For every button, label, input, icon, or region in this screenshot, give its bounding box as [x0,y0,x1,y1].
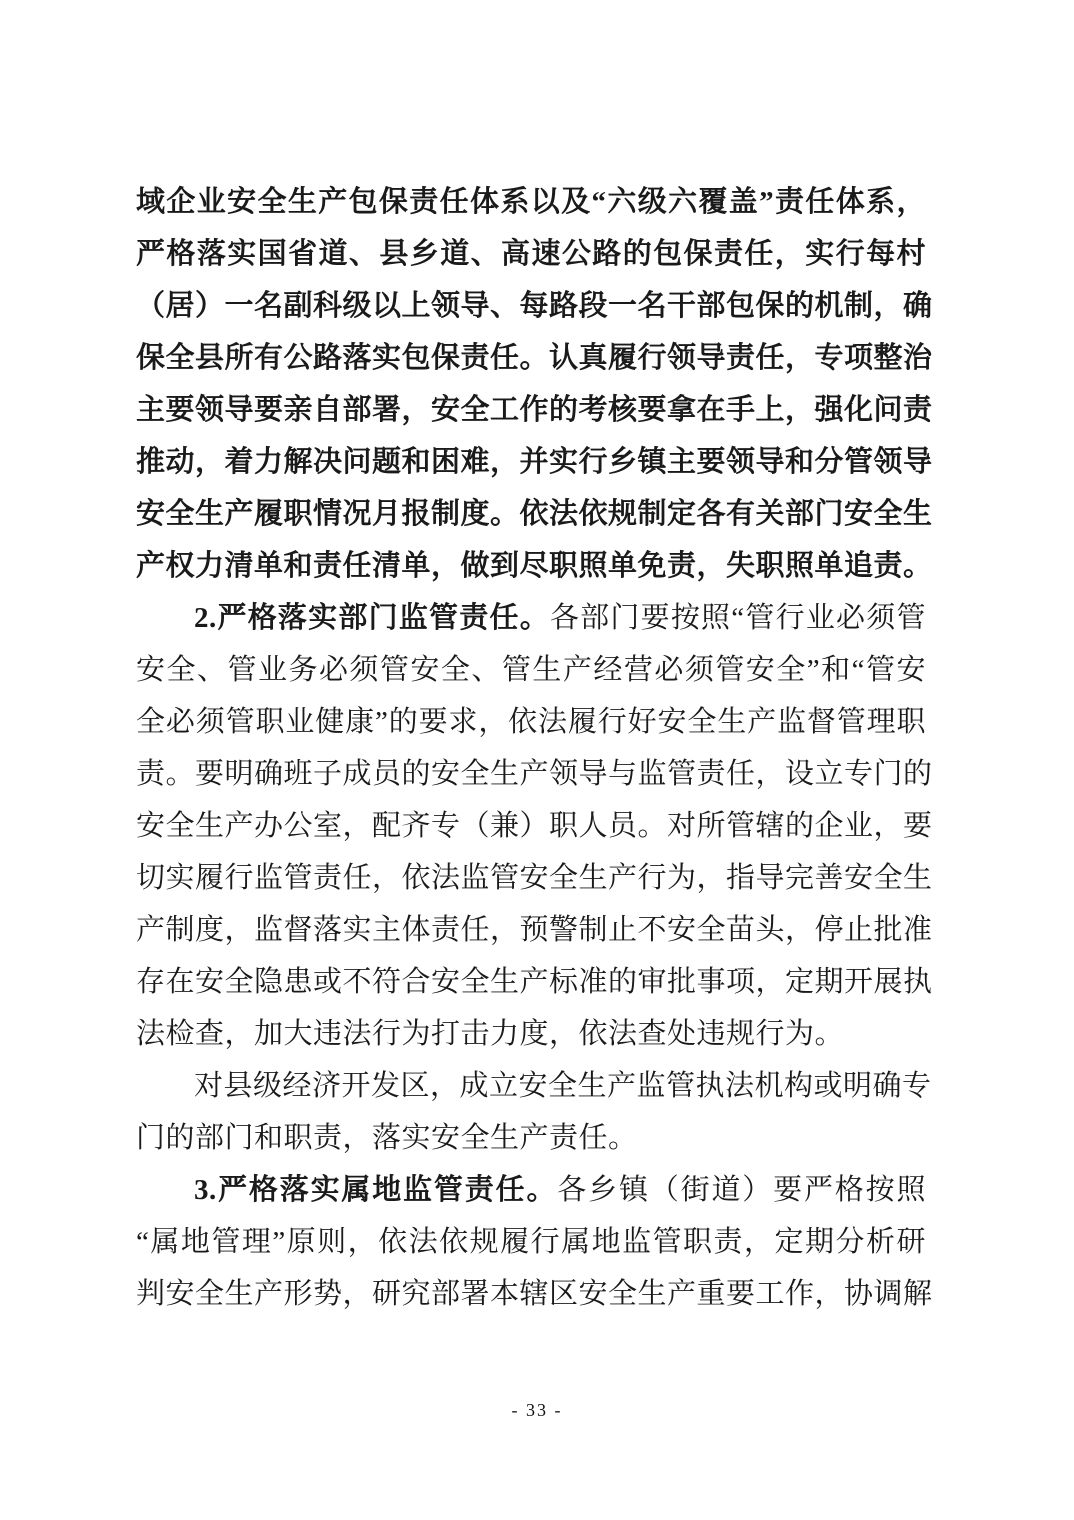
text-line: 门的部门和职责，落实安全生产责任。 [136,1112,926,1164]
text-line: 存在安全隐患或不符合安全生产标准的审批事项，定期开展执 [136,956,926,1008]
text-line: 保全县所有公路落实包保责任。认真履行领导责任，专项整治 [136,332,926,384]
body-text-segment: 产制度，监督落实主体责任，预警制止不安全苗头，停止批准 [136,914,933,946]
text-line: 严格落实国省道、县乡道、高速公路的包保责任，实行每村 [136,228,926,280]
body-text-segment: “属地管理”原则，依法依规履行属地监管职责，定期分析研 [136,1226,926,1258]
body-text-segment: 门的部门和职责，落实安全生产责任。 [136,1122,638,1154]
document-page: 域企业安全生产包保责任体系以及“六级六覆盖”责任体系，严格落实国省道、县乡道、高… [0,0,1074,1520]
body-text-segment: 法检查，加大违法行为打击力度，依法查处违规行为。 [136,1018,844,1050]
body-text-segment: 各乡镇（街道）要严格按照 [557,1174,926,1206]
text-line: 责。要明确班子成员的安全生产领导与监管责任，设立专门的 [136,748,926,800]
body-text-segment: 判安全生产形势，研究部署本辖区安全生产重要工作，协调解 [136,1278,933,1310]
body-text: 域企业安全生产包保责任体系以及“六级六覆盖”责任体系，严格落实国省道、县乡道、高… [136,176,926,1320]
text-line: 对县级经济开发区，成立安全生产监管执法机构或明确专 [136,1060,926,1112]
body-text-segment: 各部门要按照“管行业必须管 [550,602,926,634]
emphasis-text-segment: 域企业安全生产包保责任体系以及“六级六覆盖”责任体系， [136,186,926,218]
text-line: 全必须管职业健康”的要求，依法履行好安全生产监督管理职 [136,696,926,748]
emphasis-text-segment: 保全县所有公路落实包保责任。认真履行领导责任，专项整治 [136,342,933,374]
text-line: 产权力清单和责任清单，做到尽职照单免责，失职照单追责。 [136,540,926,592]
text-line: 安全、管业务必须管安全、管生产经营必须管安全”和“管安 [136,644,926,696]
emphasis-text-segment: 严格落实国省道、县乡道、高速公路的包保责任，实行每村 [136,238,926,270]
text-line: （居）一名副科级以上领导、每路段一名干部包保的机制，确 [136,280,926,332]
emphasis-text-segment: 推动，着力解决问题和困难，并实行乡镇主要领导和分管领导 [136,446,933,478]
text-line: 产制度，监督落实主体责任，预警制止不安全苗头，停止批准 [136,904,926,956]
emphasis-text-segment: （居）一名副科级以上领导、每路段一名干部包保的机制，确 [136,290,933,322]
body-text-segment: 安全、管业务必须管安全、管生产经营必须管安全”和“管安 [136,654,926,686]
text-line: 2.严格落实部门监管责任。各部门要按照“管行业必须管 [136,592,926,644]
text-line: 推动，着力解决问题和困难，并实行乡镇主要领导和分管领导 [136,436,926,488]
text-line: 法检查，加大违法行为打击力度，依法查处违规行为。 [136,1008,926,1060]
emphasis-text-segment: 2.严格落实部门监管责任。 [194,602,550,634]
text-line: 主要领导要亲自部署，安全工作的考核要拿在手上，强化问责 [136,384,926,436]
text-line: 安全生产办公室，配齐专（兼）职人员。对所管辖的企业，要 [136,800,926,852]
body-text-segment: 全必须管职业健康”的要求，依法履行好安全生产监督管理职 [136,706,926,738]
body-text-segment: 存在安全隐患或不符合安全生产标准的审批事项，定期开展执 [136,966,933,998]
body-text-segment: 安全生产办公室，配齐专（兼）职人员。对所管辖的企业，要 [136,810,933,842]
text-line: 切实履行监管责任，依法监管安全生产行为，指导完善安全生 [136,852,926,904]
body-text-segment: 对县级经济开发区，成立安全生产监管执法机构或明确专 [194,1070,932,1102]
text-line: 判安全生产形势，研究部署本辖区安全生产重要工作，协调解 [136,1268,926,1320]
emphasis-text-segment: 主要领导要亲自部署，安全工作的考核要拿在手上，强化问责 [136,394,933,426]
emphasis-text-segment: 安全生产履职情况月报制度。依法依规制定各有关部门安全生 [136,498,933,530]
page-number: - 33 - [0,1400,1074,1421]
text-line: “属地管理”原则，依法依规履行属地监管职责，定期分析研 [136,1216,926,1268]
text-line: 安全生产履职情况月报制度。依法依规制定各有关部门安全生 [136,488,926,540]
emphasis-text-segment: 3.严格落实属地监管责任。 [194,1174,557,1206]
body-text-segment: 责。要明确班子成员的安全生产领导与监管责任，设立专门的 [136,758,933,790]
text-line: 域企业安全生产包保责任体系以及“六级六覆盖”责任体系， [136,176,926,228]
text-line: 3.严格落实属地监管责任。各乡镇（街道）要严格按照 [136,1164,926,1216]
body-text-segment: 切实履行监管责任，依法监管安全生产行为，指导完善安全生 [136,862,933,894]
emphasis-text-segment: 产权力清单和责任清单，做到尽职照单免责，失职照单追责。 [136,550,933,582]
